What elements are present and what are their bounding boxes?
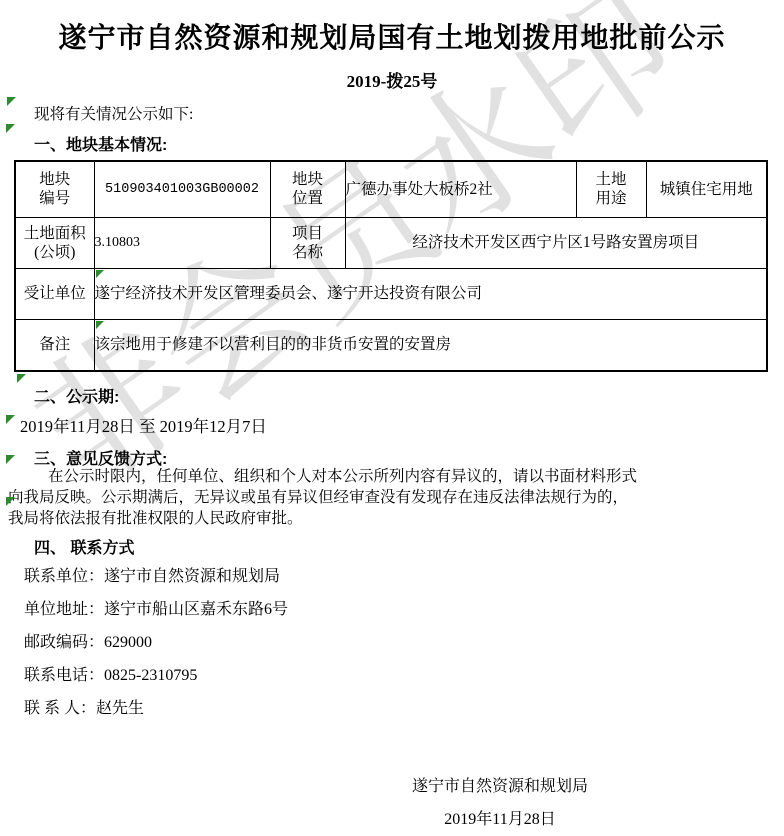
contact-postcode-line: 邮政编码：629000 xyxy=(24,629,288,662)
section-4-heading: 四、 联系方式 xyxy=(34,535,134,558)
land-use-value-cell: 城镇住宅用地 xyxy=(646,161,767,217)
label-line: 土地面积 xyxy=(16,224,94,243)
feedback-paragraph-line: 在公示时限内，任何单位、组织和个人对本公示所列内容有异议的，请以书面材料形式 xyxy=(8,466,637,487)
location-label-cell: 地块 位置 xyxy=(270,161,345,217)
location-value-cell: 广德办事处大板桥2社 xyxy=(345,161,576,217)
label-line: 名称 xyxy=(271,243,345,262)
publicity-period-line: 2019年11月28日 至 2019年12月7日 xyxy=(20,413,267,437)
project-name-value-cell: 经济技术开发区西宁片区1号路安置房项目 xyxy=(345,217,767,268)
margin-marker-icon xyxy=(6,497,15,506)
remarks-value-cell: 该宗地用于修建不以营利目的的非货币安置的安置房 xyxy=(94,319,767,371)
document-number: 2019-拨25号 xyxy=(0,67,784,92)
area-label-cell: 土地面积 (公顷) xyxy=(15,217,94,268)
feedback-paragraph-line: 我局将依法报有批准权限的人民政府审批。 xyxy=(8,508,637,529)
intro-line: 现将有关情况公示如下: xyxy=(34,102,193,124)
label-line: 地块 xyxy=(271,170,345,189)
contact-unit-line: 联系单位：遂宁市自然资源和规划局 xyxy=(24,563,288,596)
parcel-number-label-cell: 地块 编号 xyxy=(15,161,94,217)
area-value-cell: 3.10803 xyxy=(94,217,270,268)
contact-person-line: 联 系 人：赵先生 xyxy=(24,695,288,728)
land-info-table: 地块 编号 510903401003GB00002 地块 位置 广德办事处大板桥… xyxy=(14,160,768,372)
label-line: 用途 xyxy=(577,189,646,208)
label-line: 项目 xyxy=(271,224,345,243)
remarks-value: 该宗地用于修建不以营利目的的非货币安置的安置房 xyxy=(95,336,452,353)
contact-block: 联系单位：遂宁市自然资源和规划局 单位地址：遂宁市船山区嘉禾东路6号 邮政编码：… xyxy=(24,563,288,728)
margin-marker-icon xyxy=(6,455,15,464)
contact-address-line: 单位地址：遂宁市船山区嘉禾东路6号 xyxy=(24,596,288,629)
label-line: 编号 xyxy=(16,189,94,208)
margin-marker-icon xyxy=(17,374,26,383)
remarks-label-cell: 备注 xyxy=(15,319,94,371)
label-line: 地块 xyxy=(16,170,94,189)
land-use-label-cell: 土地 用途 xyxy=(576,161,646,217)
feedback-paragraph: 在公示时限内，任何单位、组织和个人对本公示所列内容有异议的，请以书面材料形式 向… xyxy=(8,466,637,529)
cell-comment-marker-icon xyxy=(96,270,104,278)
footer-date: 2019年11月28日 xyxy=(320,806,680,829)
page: { "page": { "title": "遂宁市自然资源和规划局国有土地划拨用… xyxy=(0,0,784,836)
margin-marker-icon xyxy=(7,97,16,106)
grantee-label-cell: 受让单位 xyxy=(15,268,94,319)
cell-comment-marker-icon xyxy=(96,321,104,329)
margin-marker-icon xyxy=(6,415,15,424)
section-1-heading: 一、地块基本情况: xyxy=(34,132,167,155)
grantee-value-cell: 遂宁经济技术开发区管理委员会、遂宁开达投资有限公司 xyxy=(94,268,767,319)
label-line: 位置 xyxy=(271,189,345,208)
margin-marker-icon xyxy=(6,124,15,133)
parcel-number-value-cell: 510903401003GB00002 xyxy=(94,161,270,217)
project-name-label-cell: 项目 名称 xyxy=(270,217,345,268)
label-line: (公顷) xyxy=(16,243,94,262)
contact-phone-line: 联系电话：0825-2310795 xyxy=(24,662,288,695)
page-title: 遂宁市自然资源和规划局国有土地划拨用地批前公示 xyxy=(0,16,784,56)
footer-agency: 遂宁市自然资源和规划局 xyxy=(320,773,680,796)
label-line: 土地 xyxy=(577,170,646,189)
feedback-paragraph-line: 向我局反映。公示期满后，无异议或虽有异议但经审查没有发现存在违反法律法规行为的， xyxy=(8,487,637,508)
section-2-heading: 二、公示期: xyxy=(34,384,119,407)
grantee-value: 遂宁经济技术开发区管理委员会、遂宁开达投资有限公司 xyxy=(95,285,483,302)
